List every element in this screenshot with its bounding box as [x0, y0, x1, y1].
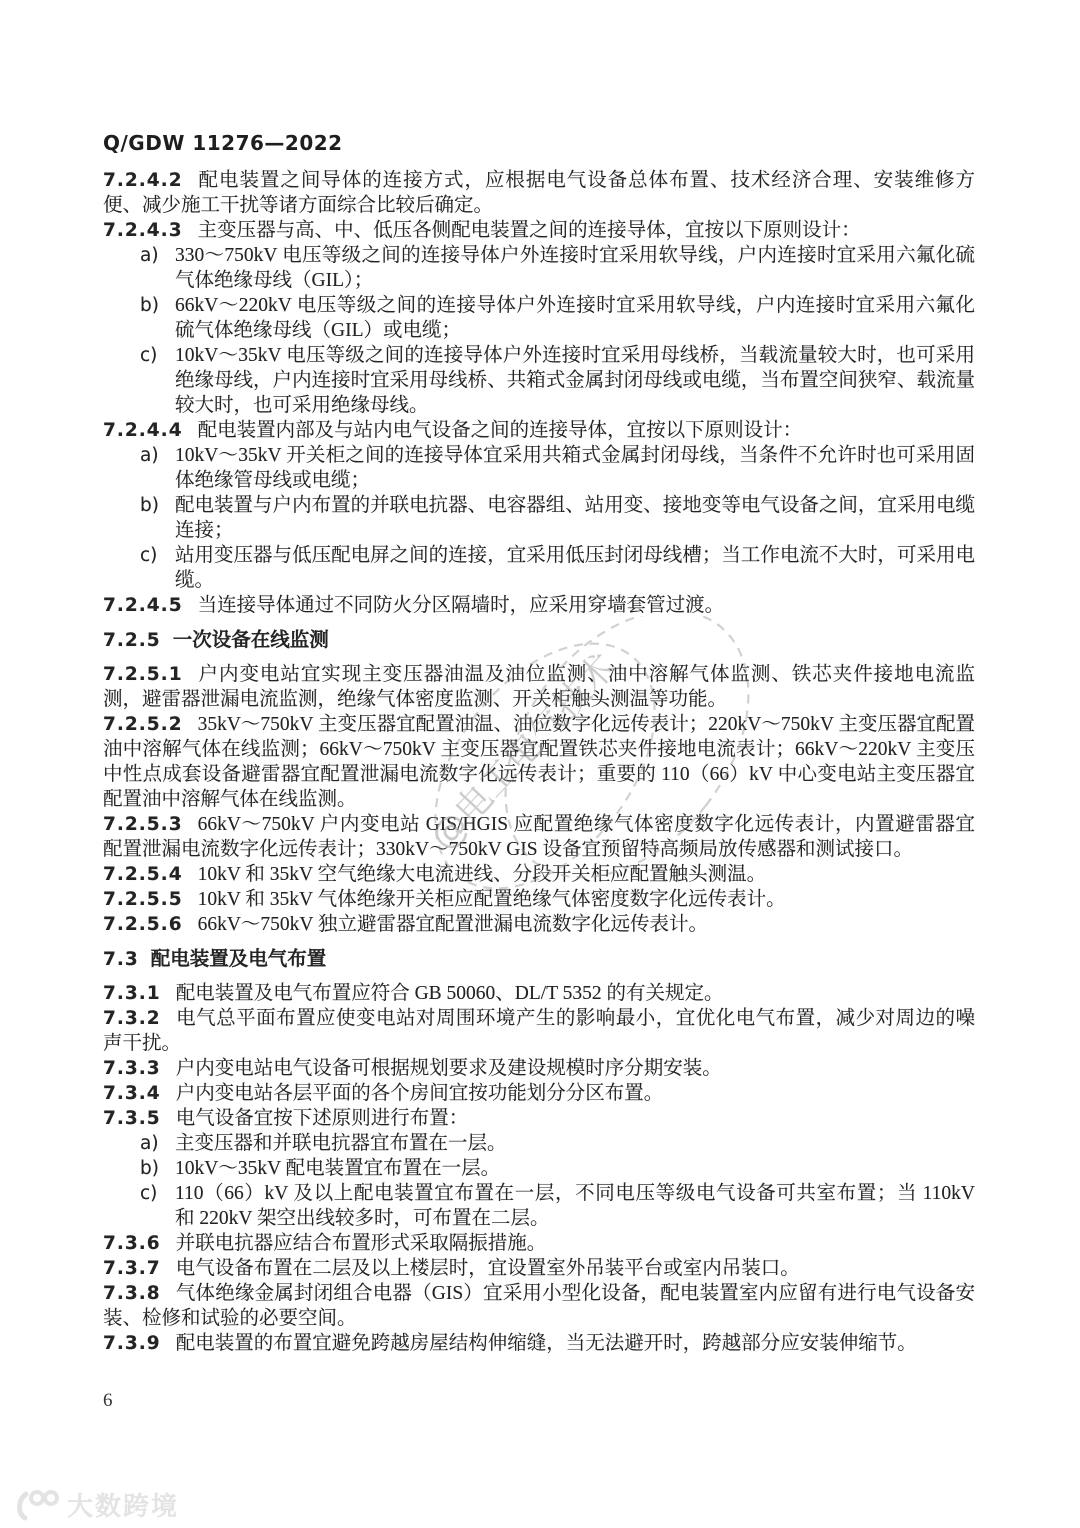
clause-text: 户内变电站宜实现主变压器油温及油位监测、油中溶解气体监测、铁芯夹件接地电流监测，…: [103, 664, 975, 710]
clause-7-3-3: 7.3.3户内变电站电气设备可根据规划要求及建设规模时序分期安装。: [103, 1056, 975, 1081]
item-text: 10kV～35kV 配电装置宜布置在一层。: [175, 1156, 975, 1181]
clause-text: 户内变电站各层平面的各个房间宜按功能划分分区布置。: [176, 1083, 664, 1104]
list-item-b: b)配电装置与户内布置的并联电抗器、电容器组、站用变、接地变等电气设备之间，宜采…: [140, 493, 975, 543]
item-marker: b): [140, 293, 175, 343]
dashukuajing-logo: 大数跨境: [14, 1486, 179, 1523]
clause-number: 7.2.5.2: [103, 714, 183, 735]
document-page: Q/GDW 11276—2022 7.2.4.2配电装置之间导体的连接方式，应根…: [0, 0, 1080, 1528]
clause-text: 配电装置的布置宜避免跨越房屋结构伸缩缝，当无法避开时，跨越部分应安装伸缩节。: [176, 1333, 917, 1354]
clause-number: 7.3.1: [103, 983, 161, 1004]
clause-text: 当连接导体通过不同防火分区隔墙时，应采用穿墙套管过渡。: [198, 595, 725, 616]
heading-text: 配电装置及电气布置: [151, 949, 327, 970]
list-item-a: a)主变压器和并联电抗器宜布置在一层。: [140, 1131, 975, 1156]
item-text: 主变压器和并联电抗器宜布置在一层。: [175, 1131, 975, 1156]
document-body: 7.2.4.2配电装置之间导体的连接方式，应根据电气设备总体布置、技术经济合理、…: [103, 168, 975, 1356]
clause-text: 主变压器与高、中、低压各侧配电装置之间的连接导体，宜按以下原则设计：: [198, 220, 861, 241]
clause-text: 气体绝缘金属封闭组合电器（GIS）宜采用小型化设备，配电装置室内应留有进行电气设…: [103, 1283, 975, 1329]
item-text: 站用变压器与低压配电屏之间的连接，宜采用低压封闭母线槽；当工作电流不大时，可采用…: [175, 543, 975, 593]
list-item-c: c)站用变压器与低压配电屏之间的连接，宜采用低压封闭母线槽；当工作电流不大时，可…: [140, 543, 975, 593]
item-marker: b): [140, 1156, 175, 1181]
item-text: 10kV～35kV 开关柜之间的连接导体宜采用共箱式金属封闭母线，当条件不允许时…: [175, 443, 975, 493]
clause-7-2-5-6: 7.2.5.666kV～750kV 独立避雷器宜配置泄漏电流数字化远传表计。: [103, 912, 975, 937]
item-marker: a): [140, 243, 175, 293]
doc-number: Q/GDW 11276—2022: [103, 131, 343, 155]
clause-text: 电气总平面布置应使变电站对周围环境产生的影响最小，宜优化电气布置，减少对周边的噪…: [103, 1008, 975, 1054]
clause-number: 7.3.9: [103, 1333, 161, 1354]
list-item-a: a)330～750kV 电压等级之间的连接导体户外连接时宜采用软导线，户内连接时…: [140, 243, 975, 293]
clause-text: 35kV～750kV 主变压器宜配置油温、油位数字化远传表计；220kV～750…: [103, 714, 975, 810]
heading-number: 7.3: [103, 949, 139, 970]
clause-7-3-6: 7.3.6并联电抗器应结合布置形式采取隔振措施。: [103, 1231, 975, 1256]
item-text: 330～750kV 电压等级之间的连接导体户外连接时宜采用软导线，户内连接时宜采…: [175, 243, 975, 293]
item-text: 10kV～35kV 电压等级之间的连接导体户外连接时宜采用母线桥，当载流量较大时…: [175, 343, 975, 418]
section-heading-7-2-5: 7.2.5一次设备在线监测: [103, 628, 975, 653]
clause-text: 户内变电站电气设备可根据规划要求及建设规模时序分期安装。: [176, 1058, 722, 1079]
clause-7-2-4-3: 7.2.4.3主变压器与高、中、低压各侧配电装置之间的连接导体，宜按以下原则设计…: [103, 218, 975, 243]
list-item-b: b)66kV～220kV 电压等级之间的连接导体户外连接时宜采用软导线，户内连接…: [140, 293, 975, 343]
item-marker: c): [140, 1181, 175, 1231]
clause-text: 66kV～750kV 户内变电站 GIS/HGIS 应配置绝缘气体密度数字化远传…: [103, 814, 975, 860]
clause-7-2-5-4: 7.2.5.410kV 和 35kV 空气绝缘大电流进线、分段开关柜应配置触头测…: [103, 862, 975, 887]
clause-number: 7.2.4.3: [103, 220, 183, 241]
item-marker: b): [140, 493, 175, 543]
clause-7-3-4: 7.3.4户内变电站各层平面的各个房间宜按功能划分分区布置。: [103, 1081, 975, 1106]
clause-text: 配电装置之间导体的连接方式，应根据电气设备总体布置、技术经济合理、安装维修方便、…: [103, 170, 975, 216]
clause-number: 7.3.8: [103, 1283, 161, 1304]
clause-7-2-5-1: 7.2.5.1户内变电站宜实现主变压器油温及油位监测、油中溶解气体监测、铁芯夹件…: [103, 662, 975, 712]
clause-7-2-4-4: 7.2.4.4配电装置内部及与站内电气设备之间的连接导体，宜按以下原则设计：: [103, 418, 975, 443]
clause-7-3-1: 7.3.1配电装置及电气布置应符合 GB 50060、DL/T 5352 的有关…: [103, 981, 975, 1006]
clause-number: 7.3.6: [103, 1233, 161, 1254]
list-item-b: b)10kV～35kV 配电装置宜布置在一层。: [140, 1156, 975, 1181]
clause-7-3-8: 7.3.8气体绝缘金属封闭组合电器（GIS）宜采用小型化设备，配电装置室内应留有…: [103, 1281, 975, 1331]
clause-number: 7.2.4.4: [103, 420, 183, 441]
clause-text: 并联电抗器应结合布置形式采取隔振措施。: [176, 1233, 547, 1254]
clause-7-3-7: 7.3.7电气设备布置在二层及以上楼层时，宜设置室外吊装平台或室内吊装口。: [103, 1256, 975, 1281]
clause-7-2-5-5: 7.2.5.510kV 和 35kV 气体绝缘开关柜应配置绝缘气体密度数字化远传…: [103, 887, 975, 912]
clause-number: 7.2.5.1: [103, 664, 183, 685]
item-marker: a): [140, 1131, 175, 1156]
clause-text: 10kV 和 35kV 气体绝缘开关柜应配置绝缘气体密度数字化远传表计。: [198, 889, 786, 910]
clause-text: 配电装置内部及与站内电气设备之间的连接导体，宜按以下原则设计：: [198, 420, 803, 441]
item-text: 110（66）kV 及以上配电装置宜布置在一层，不同电压等级电气设备可共室布置；…: [175, 1181, 975, 1231]
clause-number: 7.3.2: [103, 1008, 161, 1029]
page-number: 6: [103, 1390, 113, 1412]
clause-number: 7.3.4: [103, 1083, 161, 1104]
clause-number: 7.2.5.3: [103, 814, 183, 835]
list-item-c: c)10kV～35kV 电压等级之间的连接导体户外连接时宜采用母线桥，当载流量较…: [140, 343, 975, 418]
heading-number: 7.2.5: [103, 630, 161, 651]
clause-text: 电气设备布置在二层及以上楼层时，宜设置室外吊装平台或室内吊装口。: [176, 1258, 800, 1279]
item-text: 配电装置与户内布置的并联电抗器、电容器组、站用变、接地变等电气设备之间，宜采用电…: [175, 493, 975, 543]
item-text: 66kV～220kV 电压等级之间的连接导体户外连接时宜采用软导线，户内连接时宜…: [175, 293, 975, 343]
clause-7-2-5-3: 7.2.5.366kV～750kV 户内变电站 GIS/HGIS 应配置绝缘气体…: [103, 812, 975, 862]
clause-7-2-5-2: 7.2.5.235kV～750kV 主变压器宜配置油温、油位数字化远传表计；22…: [103, 712, 975, 812]
clause-text: 10kV 和 35kV 空气绝缘大电流进线、分段开关柜应配置触头测温。: [198, 864, 767, 885]
clause-7-2-4-5: 7.2.4.5当连接导体通过不同防火分区隔墙时，应采用穿墙套管过渡。: [103, 593, 975, 618]
section-heading-7-3: 7.3配电装置及电气布置: [103, 947, 975, 972]
item-marker: c): [140, 543, 175, 593]
clause-number: 7.3.3: [103, 1058, 161, 1079]
clause-7-3-5: 7.3.5电气设备宜按下述原则进行布置：: [103, 1106, 975, 1131]
clause-text: 66kV～750kV 独立避雷器宜配置泄漏电流数字化远传表计。: [198, 914, 708, 935]
clause-text: 配电装置及电气布置应符合 GB 50060、DL/T 5352 的有关规定。: [176, 983, 724, 1004]
heading-text: 一次设备在线监测: [173, 630, 329, 651]
logo-100-glasses-icon: [14, 1488, 60, 1522]
clause-7-3-9: 7.3.9配电装置的布置宜避免跨越房屋结构伸缩缝，当无法避开时，跨越部分应安装伸…: [103, 1331, 975, 1356]
clause-7-2-4-2: 7.2.4.2配电装置之间导体的连接方式，应根据电气设备总体布置、技术经济合理、…: [103, 168, 975, 218]
clause-number: 7.3.5: [103, 1108, 161, 1129]
clause-number: 7.2.4.5: [103, 595, 183, 616]
item-marker: a): [140, 443, 175, 493]
logo-text: 大数跨境: [67, 1486, 179, 1523]
clause-number: 7.2.5.5: [103, 889, 183, 910]
clause-7-3-2: 7.3.2电气总平面布置应使变电站对周围环境产生的影响最小，宜优化电气布置，减少…: [103, 1006, 975, 1056]
list-item-a: a)10kV～35kV 开关柜之间的连接导体宜采用共箱式金属封闭母线，当条件不允…: [140, 443, 975, 493]
list-item-c: c)110（66）kV 及以上配电装置宜布置在一层，不同电压等级电气设备可共室布…: [140, 1181, 975, 1231]
clause-number: 7.2.5.4: [103, 864, 183, 885]
clause-number: 7.2.5.6: [103, 914, 183, 935]
clause-number: 7.2.4.2: [103, 170, 183, 191]
item-marker: c): [140, 343, 175, 418]
clause-text: 电气设备宜按下述原则进行布置：: [176, 1108, 469, 1129]
clause-number: 7.3.7: [103, 1258, 161, 1279]
